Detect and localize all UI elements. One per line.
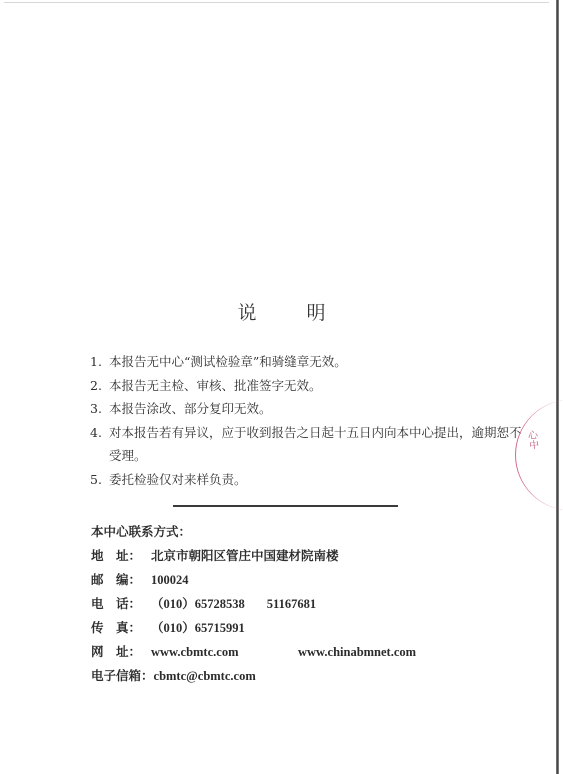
- fax-value: （010）65715991: [151, 616, 245, 640]
- contact-heading: 本中心联系方式：: [91, 520, 521, 544]
- note-item: 3. 本报告涂改、部分复印无效。: [90, 397, 530, 421]
- page-binding-edge: [556, 0, 559, 774]
- note-text: 对本报告若有异议，应于收到报告之日起十五日内向本中心提出，逾期恕不受理。: [109, 425, 522, 464]
- note-item: 1. 本报告无中心“测试检验章”和骑缝章无效。: [90, 350, 530, 374]
- section-divider: [173, 505, 398, 507]
- website-link-2[interactable]: www.chinabmnet.com: [298, 640, 416, 664]
- note-item: 2. 本报告无主检、审核、批准签字无效。: [90, 374, 530, 398]
- contact-email-row: 电子信箱：cbmtc@cbmtc.com: [91, 664, 521, 688]
- note-text: 本报告无中心“测试检验章”和骑缝章无效。: [109, 354, 347, 369]
- notes-list: 1. 本报告无中心“测试检验章”和骑缝章无效。 2. 本报告无主检、审核、批准签…: [90, 350, 530, 491]
- website-link-1[interactable]: www.cbmtc.com: [151, 640, 238, 664]
- seal-stamp-text: 心中: [523, 429, 541, 451]
- phone-value-1: （010）65728538: [151, 592, 245, 616]
- note-number: 2.: [90, 374, 102, 398]
- contact-section: 本中心联系方式： 地 址：北京市朝阳区管庄中国建材院南楼 邮 编：100024 …: [91, 520, 521, 688]
- address-label: 地 址：: [91, 544, 151, 568]
- page-top-edge: [4, 2, 549, 3]
- note-text: 委托检验仅对来样负责。: [109, 472, 247, 487]
- note-text: 本报告涂改、部分复印无效。: [109, 401, 272, 416]
- title-char-2: 明: [307, 298, 326, 325]
- phone-value-2: 51167681: [267, 592, 316, 616]
- postcode-value: 100024: [151, 568, 189, 592]
- page-title: 说明: [0, 298, 563, 325]
- note-item: 5. 委托检验仅对来样负责。: [90, 468, 530, 492]
- website-label: 网 址：: [91, 640, 151, 664]
- note-number: 1.: [90, 350, 102, 374]
- note-number: 5.: [90, 468, 102, 492]
- postcode-label: 邮 编：: [91, 568, 151, 592]
- note-number: 3.: [90, 397, 102, 421]
- contact-address-row: 地 址：北京市朝阳区管庄中国建材院南楼: [91, 544, 521, 568]
- contact-fax-row: 传 真：（010）65715991: [91, 616, 521, 640]
- note-item: 4. 对本报告若有异议，应于收到报告之日起十五日内向本中心提出，逾期恕不受理。: [90, 421, 530, 468]
- title-char-1: 说: [237, 298, 256, 325]
- contact-postcode-row: 邮 编：100024: [91, 568, 521, 592]
- email-link[interactable]: cbmtc@cbmtc.com: [154, 664, 256, 688]
- email-label: 电子信箱：: [91, 664, 154, 688]
- fax-label: 传 真：: [91, 616, 151, 640]
- contact-website-row: 网 址：www.cbmtc.comwww.chinabmnet.com: [91, 640, 521, 664]
- note-number: 4.: [90, 421, 102, 445]
- phone-label: 电 话：: [91, 592, 151, 616]
- contact-phone-row: 电 话：（010）6572853851167681: [91, 592, 521, 616]
- address-value: 北京市朝阳区管庄中国建材院南楼: [151, 548, 339, 563]
- note-text: 本报告无主检、审核、批准签字无效。: [109, 378, 322, 393]
